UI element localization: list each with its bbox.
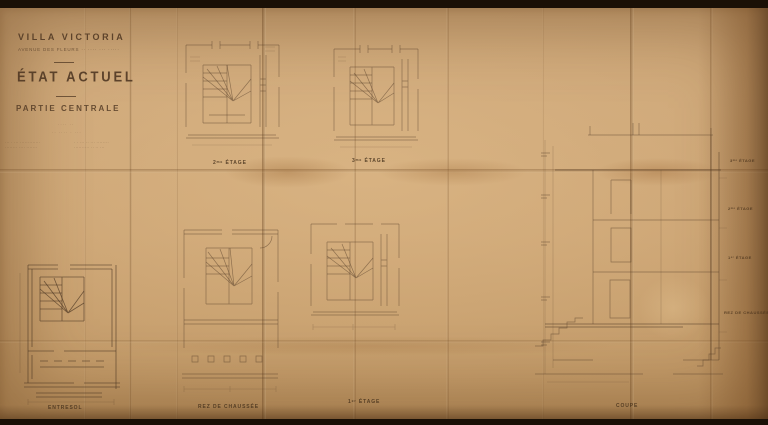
caption-2e-etage: 2ᵐᵉ ÉTAGE [213,160,247,166]
caption-rez-de-chaussee: REZ DE CHAUSSÉE [198,404,259,410]
section-level-label-1er-etage: 1ᵉʳ ÉTAGE [728,255,752,260]
section-coupe-drawing [533,122,735,396]
sheet-part-title: PARTIE CENTRALE [16,104,121,113]
scale-note: ·· ···· · ··· [52,130,82,135]
divider-line [56,96,76,97]
margin-note-line: ········ ···· ······· [5,146,40,151]
floor-plan-entresol-drawing [14,233,132,405]
section-level-label-rez-de-chaussee: REZ DE CHAUSSÉE [724,310,768,315]
photographed-plan-sheet: { "palette": { "paper": "#c9a171", "pape… [0,0,768,425]
section-level-label-2e-etage: 2ᵐᵉ ÉTAGE [728,206,753,211]
floor-plan-2e-etage-drawing [176,27,288,159]
paper-sheet: VILLA VICTORIA AVENUE DES FLEURS ·· ····… [0,8,768,419]
scale-note: ···· ·· [58,122,74,127]
floor-plan-1er-etage-drawing [303,210,407,346]
fold-crease-vertical [446,8,449,419]
floor-plan-rez-de-chaussee-drawing [172,208,290,398]
edge-shadow-bottom [0,405,768,419]
divider-line [54,62,74,63]
sheet-title: VILLA VICTORIA [18,32,125,43]
sheet-state-title: ÉTAT ACTUEL [17,68,136,85]
sheet-address: AVENUE DES FLEURS ·· ···· ··· ····· [18,47,120,52]
caption-entresol: ENTRESOL [48,405,82,411]
section-level-label-3e-etage: 3ᵐᵉ ÉTAGE [730,158,755,163]
caption-1er-etage: 1ᵉʳ ÉTAGE [348,399,380,405]
caption-coupe: COUPE [616,403,638,409]
caption-3e-etage: 3ᵐᵉ ÉTAGE [352,158,386,164]
margin-note-left: ··· · ··· ············· ········ ···· ··… [5,141,40,151]
edge-shadow-top-left [0,8,95,32]
floor-plan-3e-etage-drawing [326,33,426,161]
margin-note-right: · · ··· ·· ··· ········ ·········· ·· ··… [74,141,109,151]
margin-note-line: ·········· ·· ·· ··· [74,146,109,151]
